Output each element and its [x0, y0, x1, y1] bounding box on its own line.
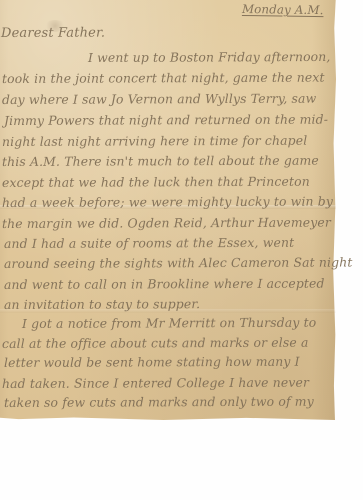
letter-line: except that we had the luck then that Pr… — [2, 174, 310, 190]
letter-line: took in the joint concert that night, ga… — [2, 70, 325, 86]
letter-line: call at the office about cuts and marks … — [2, 335, 309, 351]
letter-line: Jimmy Powers that night and returned on … — [4, 112, 328, 128]
letter-line: an invitation to stay to supper. — [4, 296, 200, 312]
letter-line: I got a notice from Mr Merritt on Thursd… — [22, 315, 316, 331]
letter-line: and I had a suite of rooms at the Essex,… — [4, 235, 294, 251]
scanned-letter-page: Monday A.M. Dearest Father. I went up to… — [0, 0, 363, 500]
letter-line: around seeing the sights with Alec Camer… — [4, 254, 353, 271]
letter-line: and went to call on in Brookline where I… — [4, 276, 325, 292]
letter-line: taken so few cuts and marks and only two… — [4, 394, 314, 410]
letter-line: this A.M. There isn't much to tell about… — [2, 153, 319, 169]
date-line: Monday A.M. — [242, 2, 324, 17]
letter-line: had a week before; we were mighty lucky … — [2, 194, 333, 210]
salutation: Dearest Father. — [1, 26, 105, 41]
letter-line: night last night arriving here in time f… — [2, 133, 307, 149]
letter-line: I went up to Boston Friday afternoon, — [88, 49, 331, 65]
letter-line: the margin we did. Ogden Reid, Arthur Ha… — [2, 215, 331, 231]
letter-line: day where I saw Jo Vernon and Wyllys Ter… — [2, 91, 316, 107]
letter-line: letter would be sent home stating how ma… — [4, 354, 300, 370]
letter-line: had taken. Since I entered College I hav… — [2, 375, 309, 391]
